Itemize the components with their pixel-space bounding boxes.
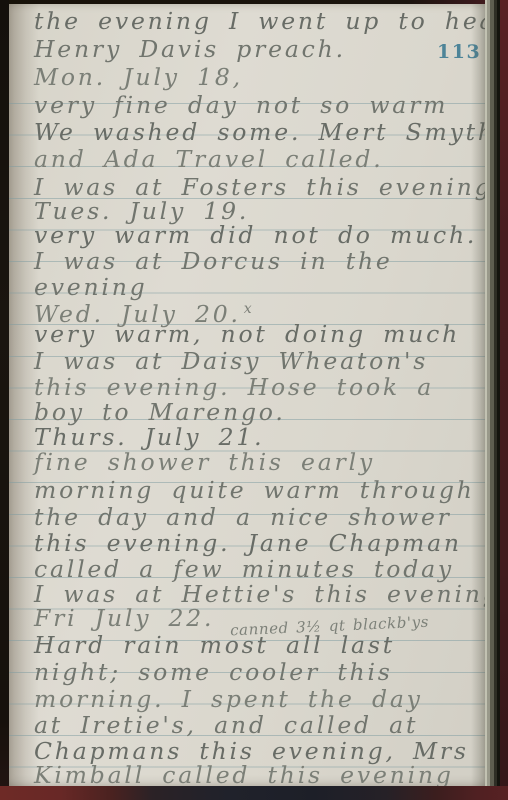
diary-line: very warm did not do much.: [34, 222, 485, 250]
diary-line: very fine day not so warm: [34, 92, 485, 120]
diary-line: the evening I went up to hear: [34, 8, 485, 36]
diary-line: fine shower this early: [34, 449, 485, 477]
book-cover-bottom-edge: [0, 786, 508, 800]
diary-line: very warm, not doing much: [34, 321, 485, 349]
diary-line: I was at Daisy Wheaton's: [34, 348, 485, 376]
book-page-edges: [485, 0, 500, 788]
diary-line: this evening. Jane Chapman: [34, 530, 485, 558]
diary-line: Kimball called this evening: [34, 762, 485, 786]
diary-line-date: Mon. July 18,: [34, 64, 485, 92]
diary-line: Hard rain most all last: [34, 632, 485, 660]
diary-line-text: Fri July 22.: [34, 604, 214, 632]
handwriting-layer: the evening I went up to hear Henry Davi…: [9, 4, 485, 786]
book-cover-right-edge: [500, 0, 508, 788]
notebook-page: 113 the evening I went up to hear Henry …: [9, 4, 485, 786]
diary-photo: { "page": { "number": "113", "lines": [ …: [0, 0, 508, 800]
diary-line: morning. I spent the day: [34, 686, 485, 714]
x-mark: x: [244, 301, 252, 317]
book-cover-top-edge: [0, 0, 508, 4]
diary-line: night; some cooler this: [34, 659, 485, 687]
diary-line: at Iretie's, and called at: [34, 712, 485, 740]
diary-line: Henry Davis preach.: [34, 36, 485, 64]
diary-line: We washed some. Mert Smyth: [34, 119, 485, 147]
diary-line-date: Fri July 22.canned 3½ qt blackb'ys: [34, 605, 485, 633]
diary-line: and Ada Travel called.: [34, 146, 485, 174]
diary-line: the day and a nice shower: [34, 504, 485, 532]
book-binding-left-edge: [0, 0, 9, 800]
diary-line: I was at Dorcus in the: [34, 248, 485, 276]
diary-line: morning quite warm through: [34, 477, 485, 505]
